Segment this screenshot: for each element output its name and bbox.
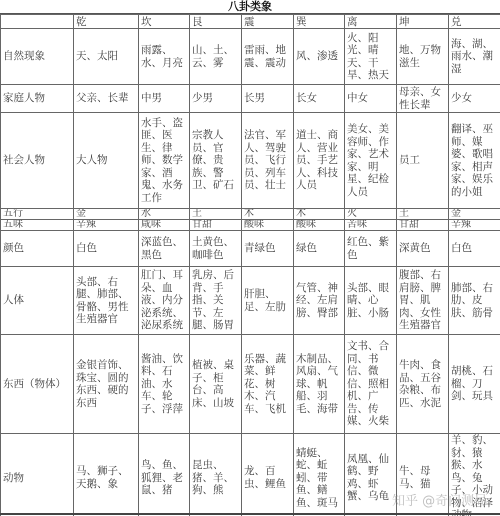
table-cell: 木制品、风扇、气球、帆船、羽毛、海带: [294, 335, 345, 434]
table-cell: 白色: [74, 231, 139, 267]
table-cell: 乳房、后背、手指、关节、左腿、肠胃: [190, 267, 242, 335]
table-cell: 土: [397, 209, 449, 220]
table-cell: 红色、紫色: [345, 231, 397, 267]
table-cell: 牛肉、食品、五谷杂粮、布匹、水泥: [397, 335, 449, 434]
table-cell: 大人物: [74, 113, 139, 209]
table-cell: 羊、豹、豺、猿猴、水鸟、兔子、小动物、沼泽动物: [449, 434, 500, 516]
table-cell: 蜻蜓、蛇、蚯蚓、带鱼、鳝鱼、斑马: [294, 434, 345, 516]
header-cell-dui: 兑: [449, 15, 500, 29]
header-cell-li: 离: [345, 15, 397, 29]
table-cell: 母亲、女性长辈: [397, 85, 449, 113]
bottom-border: [0, 513, 500, 515]
table-cell: 鸟、鱼、狐狸、老鼠、猪: [139, 434, 190, 516]
table-cell: 木: [294, 209, 345, 220]
table-cell: 酱油、饮料、石油、水车、轮子、浮萍: [139, 335, 190, 434]
table-cell: 天、太阳: [74, 29, 139, 85]
table-row-social-roles: 社会人物大人物水手、盗匪、医生、律师、数学家、酒鬼、水务工作宗教人员、官僚、贵族…: [1, 113, 500, 209]
table-row-animals: 动物马、狮子、天鹅、象鸟、鱼、狐狸、老鼠、猪昆虫、猪、羊、狗、熊龙、百虫、鲤鱼蜻…: [1, 434, 500, 516]
table-cell: 植被、桌子、柜台、高床、山坡: [190, 335, 242, 434]
table-cell: 头部、眼睛、心脏、小肠: [345, 267, 397, 335]
table-row-five-elements: 五行金水土木木火土金: [1, 209, 500, 220]
table-cell: 青绿色: [242, 231, 294, 267]
table-row-objects: 东西（物体）金银首饰、珠宝、圆的东西、硬的东西酱油、饮料、石油、水车、轮子、浮萍…: [1, 335, 500, 434]
table-cell: 头部、右腿、肺部、骨骼、男性生殖器官: [74, 267, 139, 335]
table-cell: 肝胆、足、左肋: [242, 267, 294, 335]
table-cell: 海、湖、雨水、潮湿: [449, 29, 500, 85]
table-cell: 金: [74, 209, 139, 220]
table-cell: 肛门、耳朵、血液、内分泌系统、泌尿系统: [139, 267, 190, 335]
row-label: 动物: [1, 434, 74, 516]
header-cell-qian: 乾: [74, 15, 139, 29]
row-label: 五味: [1, 220, 74, 231]
header-cell-gen: 艮: [190, 15, 242, 29]
table-cell: 地、万物滋生: [397, 29, 449, 85]
table-cell: 深黄色: [397, 231, 449, 267]
table-cell: 金银首饰、珠宝、圆的东西、硬的东西: [74, 335, 139, 434]
row-label: 人体: [1, 267, 74, 335]
table-cell: 深蓝色、黑色: [139, 231, 190, 267]
row-label: 自然现象: [1, 29, 74, 85]
table-cell: 员工: [397, 113, 449, 209]
table-cell: 凤凰、仙鹤、野鸡、虾蟹、乌龟: [345, 434, 397, 516]
table-cell: 土黄色、咖啡色: [190, 231, 242, 267]
table-cell: 雨露、水、月亮: [139, 29, 190, 85]
bagua-table: 乾 坎 艮 震 巽 离 坤 兑 自然现象天、太阳雨露、水、月亮山、土、云、雾雷雨…: [0, 14, 500, 516]
table-cell: 火: [345, 209, 397, 220]
table-cell: 长男: [242, 85, 294, 113]
header-cell-empty: [1, 15, 74, 29]
table-cell: 宗教人员、官僚、贵族、警卫、矿石: [190, 113, 242, 209]
row-label: 家庭人物: [1, 85, 74, 113]
row-label: 社会人物: [1, 113, 74, 209]
table-cell: 中女: [345, 85, 397, 113]
table-cell: 火、阳光、晴天、干旱、热天: [345, 29, 397, 85]
table-row-family-members: 家庭人物父亲、长辈中男少男长男长女中女母亲、女性长辈少女: [1, 85, 500, 113]
row-label: 颜色: [1, 231, 74, 267]
row-label: 东西（物体）: [1, 335, 74, 434]
table-cell: 乐器、蔬菜、鲜花、树木、汽车、飞机: [242, 335, 294, 434]
table-cell: 龙、百虫、鲤鱼: [242, 434, 294, 516]
table-cell: 文书、合同、书信、微信、照相机、广告、传媒、火柴: [345, 335, 397, 434]
header-row: 乾 坎 艮 震 巽 离 坤 兑: [1, 15, 500, 29]
table-cell: 甘甜: [397, 220, 449, 231]
header-cell-kan: 坎: [139, 15, 190, 29]
table-cell: 胡桃、石榴、刀剑、玩具: [449, 335, 500, 434]
header-cell-zhen: 震: [242, 15, 294, 29]
header-cell-kun: 坤: [397, 15, 449, 29]
table-cell: 翻译、巫师、媒婆、歌唱家、相声家、娱乐的小姐: [449, 113, 500, 209]
table-title: 八卦类象: [0, 0, 500, 14]
table-cell: 牛、母马、猫: [397, 434, 449, 516]
header-cell-xun: 巽: [294, 15, 345, 29]
table-cell: 父亲、长辈: [74, 85, 139, 113]
table-cell: 少女: [449, 85, 500, 113]
table-row-natural-phenomena: 自然现象天、太阳雨露、水、月亮山、土、云、雾雷雨、地震、震动风、渗透火、阳光、晴…: [1, 29, 500, 85]
table-cell: 酸味: [242, 220, 294, 231]
table-cell: 风、渗透: [294, 29, 345, 85]
table-cell: 酸味: [294, 220, 345, 231]
table-cell: 雷雨、地震、震动: [242, 29, 294, 85]
table-cell: 苦味: [345, 220, 397, 231]
table-cell: 甘甜: [190, 220, 242, 231]
table-cell: 土: [190, 209, 242, 220]
table-cell: 长女: [294, 85, 345, 113]
table-cell: 木: [242, 209, 294, 220]
table-cell: 绿色: [294, 231, 345, 267]
table-cell: 法官、军人、驾驶员、飞行员、列车员、壮士: [242, 113, 294, 209]
table-cell: 白色: [449, 231, 500, 267]
row-label: 五行: [1, 209, 74, 220]
table-cell: 昆虫、猪、羊、狗、熊: [190, 434, 242, 516]
table-cell: 辛辣: [449, 220, 500, 231]
table-cell: 气管、神经、左肩膀、臀部: [294, 267, 345, 335]
table-cell: 腹部、右肩膀、脾胃、肌肉、女性生殖器官: [397, 267, 449, 335]
table-cell: 山、土、云、雾: [190, 29, 242, 85]
table-row-body-parts: 人体头部、右腿、肺部、骨骼、男性生殖器官肛门、耳朵、血液、内分泌系统、泌尿系统乳…: [1, 267, 500, 335]
table-cell: 中男: [139, 85, 190, 113]
table-cell: 美女、美容师、作家、艺术家、明星、纪检人员: [345, 113, 397, 209]
table-cell: 咸味: [139, 220, 190, 231]
table-cell: 马、狮子、天鹅、象: [74, 434, 139, 516]
table-cell: 金: [449, 209, 500, 220]
table-cell: 少男: [190, 85, 242, 113]
table-cell: 道士、商人、营业员、手艺人、科技人员: [294, 113, 345, 209]
table-row-five-flavors: 五味辛辣咸味甘甜酸味酸味苦味甘甜辛辣: [1, 220, 500, 231]
table-cell: 肺部、右肋、皮肤、筋骨: [449, 267, 500, 335]
table-cell: 水: [139, 209, 190, 220]
table-cell: 水手、盗匪、医生、律师、数学家、酒鬼、水务工作: [139, 113, 190, 209]
table-row-colors: 颜色白色深蓝色、黑色土黄色、咖啡色青绿色绿色红色、紫色深黄色白色: [1, 231, 500, 267]
table-cell: 辛辣: [74, 220, 139, 231]
